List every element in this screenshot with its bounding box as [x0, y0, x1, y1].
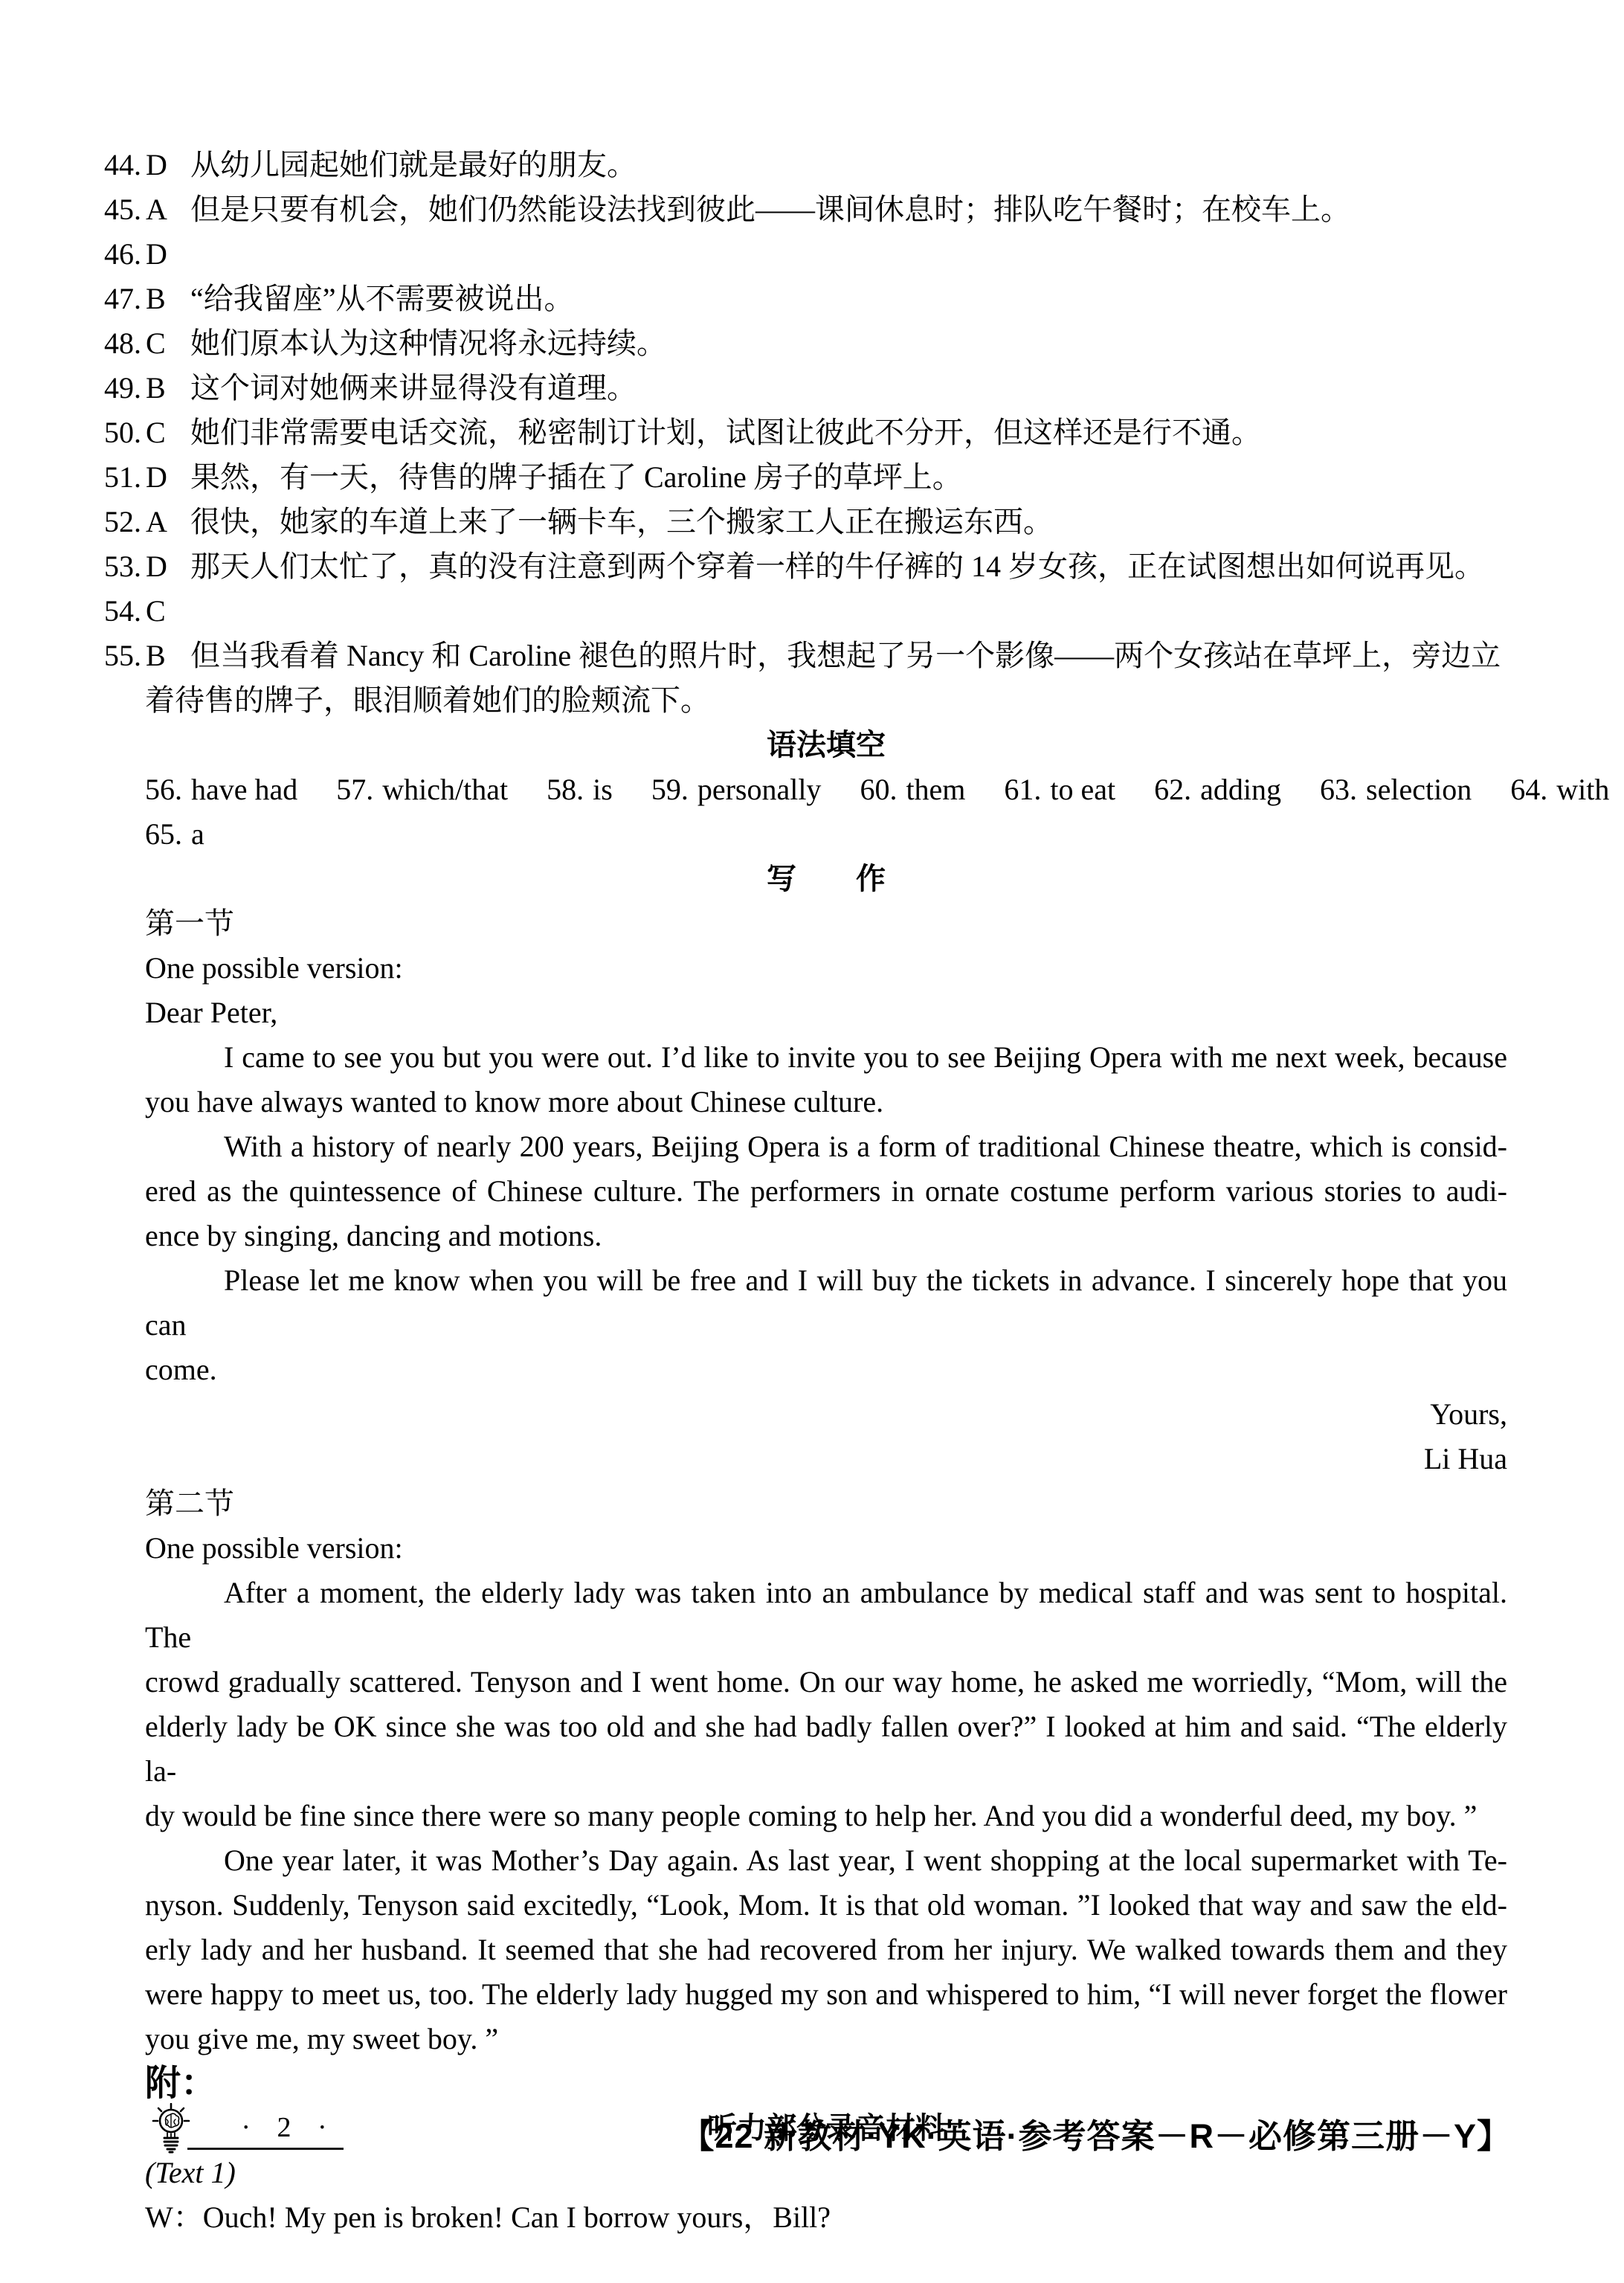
- essay2-line: nyson. Suddenly, Tenyson said excitedly,…: [145, 1883, 1507, 1928]
- answer-number: 49.: [104, 366, 146, 410]
- grammar-answer: 64.with: [1510, 773, 1609, 806]
- answer-letter: A: [146, 500, 168, 544]
- answer-number: 45.: [104, 187, 146, 232]
- grammar-answer-65: 65.a: [145, 812, 1507, 857]
- answer-row: 53.D那天人们太忙了，真的没有注意到两个穿着一样的牛仔裤的 14 岁女孩，正在…: [145, 544, 1507, 589]
- answer-letter: D: [146, 544, 168, 589]
- answer-number: 53.: [104, 544, 146, 589]
- essay2-line: crowd gradually scattered. Tenyson and I…: [145, 1660, 1507, 1704]
- answer-number: 52.: [104, 500, 146, 544]
- grammar-answer: 60.them: [860, 773, 965, 806]
- page-number: · 2 ·: [210, 2109, 358, 2146]
- answer-row: 51.D果然，有一天，待售的牌子插在了 Caroline 房子的草坪上。: [145, 455, 1507, 500]
- writing-part2-label: 第二节: [145, 1481, 1507, 1526]
- essay1-line: With a history of nearly 200 years, Beij…: [145, 1124, 1507, 1169]
- essay2-line: After a moment, the elderly lady was tak…: [145, 1571, 1507, 1660]
- answer-letter: B: [146, 366, 168, 410]
- edition-label: 【22 新教材·YK·英语·参考答案－R－必修第三册－Y】: [680, 2113, 1511, 2160]
- writing-section-heading: 写 作: [145, 857, 1507, 901]
- grammar-answer: 58.is: [547, 773, 613, 806]
- answer-letter: C: [146, 589, 168, 634]
- transcript-line-w: W：Ouch! My pen is broken! Can I borrow y…: [145, 2195, 1507, 2240]
- answer-number: 47.: [104, 277, 146, 321]
- letter-signature: Li Hua: [145, 1437, 1507, 1481]
- answer-row: 55.B但当我看着 Nancy 和 Caroline 褪色的照片时，我想起了另一…: [145, 634, 1507, 723]
- answer-explanation: 很快，她家的车道上来了一辆卡车，三个搬家工人正在搬运东西。: [190, 505, 1053, 538]
- letter-closing: Yours,: [145, 1392, 1507, 1437]
- answer-explanation: 但是只要有机会，她们仍然能设法找到彼此——课间休息时；排队吃午餐时；在校车上。: [190, 193, 1350, 226]
- answer-row: 45.A但是只要有机会，她们仍然能设法找到彼此——课间休息时；排队吃午餐时；在校…: [145, 187, 1507, 232]
- answer-explanation: 从幼儿园起她们就是最好的朋友。: [190, 148, 637, 181]
- letter-greeting: Dear Peter,: [145, 991, 1507, 1035]
- answer-row: 48.C她们原本认为这种情况将永远持续。: [145, 321, 1507, 366]
- answer-row: 47.B“给我留座”从不需要被说出。: [145, 277, 1507, 321]
- essay1-line: I came to see you but you were out. I’d …: [145, 1035, 1507, 1080]
- answer-number: 50.: [104, 410, 146, 455]
- answer-number: 55.: [104, 634, 146, 678]
- answer-letter: A: [146, 187, 168, 232]
- appendix-label: 附：: [145, 2061, 1507, 2106]
- answer-letter: D: [146, 455, 168, 500]
- essay1-line: come.: [145, 1347, 1507, 1392]
- answer-row: 44.D从幼儿园起她们就是最好的朋友。: [145, 143, 1507, 187]
- grammar-answer: 59.personally: [651, 773, 822, 806]
- footer-divider-line: [187, 2148, 344, 2150]
- essay2-line: you give me, my sweet boy. ”: [145, 2017, 1507, 2061]
- answer-explanation: “给我留座”从不需要被说出。: [190, 282, 574, 315]
- grammar-answer: 62.adding: [1154, 773, 1281, 806]
- grammar-section-heading: 语法填空: [145, 723, 1507, 767]
- essay1-line: Please let me know when you will be free…: [145, 1258, 1507, 1347]
- essay2-line: dy would be fine since there were so man…: [145, 1794, 1507, 1838]
- answer-row: 50.C她们非常需要电话交流，秘密制订计划，试图让彼此不分开，但这样还是行不通。: [145, 410, 1507, 455]
- answer-explanation: 她们原本认为这种情况将永远持续。: [190, 326, 666, 360]
- answer-row: 52.A很快，她家的车道上来了一辆卡车，三个搬家工人正在搬运东西。: [145, 500, 1507, 544]
- answer-key-page: 44.D从幼儿园起她们就是最好的朋友。 45.A但是只要有机会，她们仍然能设法找…: [0, 0, 1624, 2283]
- answer-letter: C: [146, 321, 168, 366]
- version-label-1: One possible version:: [145, 946, 1507, 991]
- answer-letter: D: [146, 232, 168, 277]
- answer-explanation: 果然，有一天，待售的牌子插在了 Caroline 房子的草坪上。: [190, 460, 962, 494]
- essay2-line: elderly lady be OK since she was too old…: [145, 1704, 1507, 1794]
- answer-row: 54.C: [145, 589, 1507, 634]
- answer-explanation: 但当我看着 Nancy 和 Caroline 褪色的照片时，我想起了另一个影像—…: [145, 639, 1501, 717]
- answer-number: 48.: [104, 321, 146, 366]
- answer-letter: B: [146, 634, 168, 678]
- grammar-answer: 57.which/that: [336, 773, 508, 806]
- answer-letter: B: [146, 277, 168, 321]
- essay2-line: erly lady and her husband. It seemed tha…: [145, 1928, 1507, 1972]
- essay2-line: One year later, it was Mother’s Day agai…: [145, 1838, 1507, 1883]
- answer-number: 44.: [104, 143, 146, 187]
- lightbulb-idea-icon: [152, 2103, 190, 2168]
- answer-number: 51.: [104, 455, 146, 500]
- answer-number: 46.: [104, 232, 146, 277]
- essay1-line: ered as the quintessence of Chinese cult…: [145, 1169, 1507, 1214]
- answer-explanation: 她们非常需要电话交流，秘密制订计划，试图让彼此不分开，但这样还是行不通。: [190, 416, 1261, 449]
- page-content: 44.D从幼儿园起她们就是最好的朋友。 45.A但是只要有机会，她们仍然能设法找…: [145, 143, 1507, 2240]
- answer-explanation: 那天人们太忙了，真的没有注意到两个穿着一样的牛仔裤的 14 岁女孩，正在试图想出…: [190, 550, 1484, 583]
- essay1-line: you have always wanted to know more abou…: [145, 1080, 1507, 1124]
- writing-part1-label: 第一节: [145, 901, 1507, 946]
- grammar-answer: 63.selection: [1320, 773, 1472, 806]
- answer-explanation: 这个词对她俩来讲显得没有道理。: [190, 371, 637, 405]
- grammar-answer: 61.to eat: [1004, 773, 1115, 806]
- essay1-line: ence by singing, dancing and motions.: [145, 1214, 1507, 1258]
- grammar-answers-line: 56.have had57.which/that58.is59.personal…: [145, 767, 1507, 812]
- answer-row: 49.B这个词对她俩来讲显得没有道理。: [145, 366, 1507, 410]
- answer-letter: C: [146, 410, 168, 455]
- version-label-2: One possible version:: [145, 1526, 1507, 1571]
- grammar-answer: 56.have had: [145, 773, 297, 806]
- essay2-line: were happy to meet us, too. The elderly …: [145, 1972, 1507, 2017]
- answer-number: 54.: [104, 589, 146, 634]
- answer-row: 46.D: [145, 232, 1507, 277]
- answer-letter: D: [146, 143, 168, 187]
